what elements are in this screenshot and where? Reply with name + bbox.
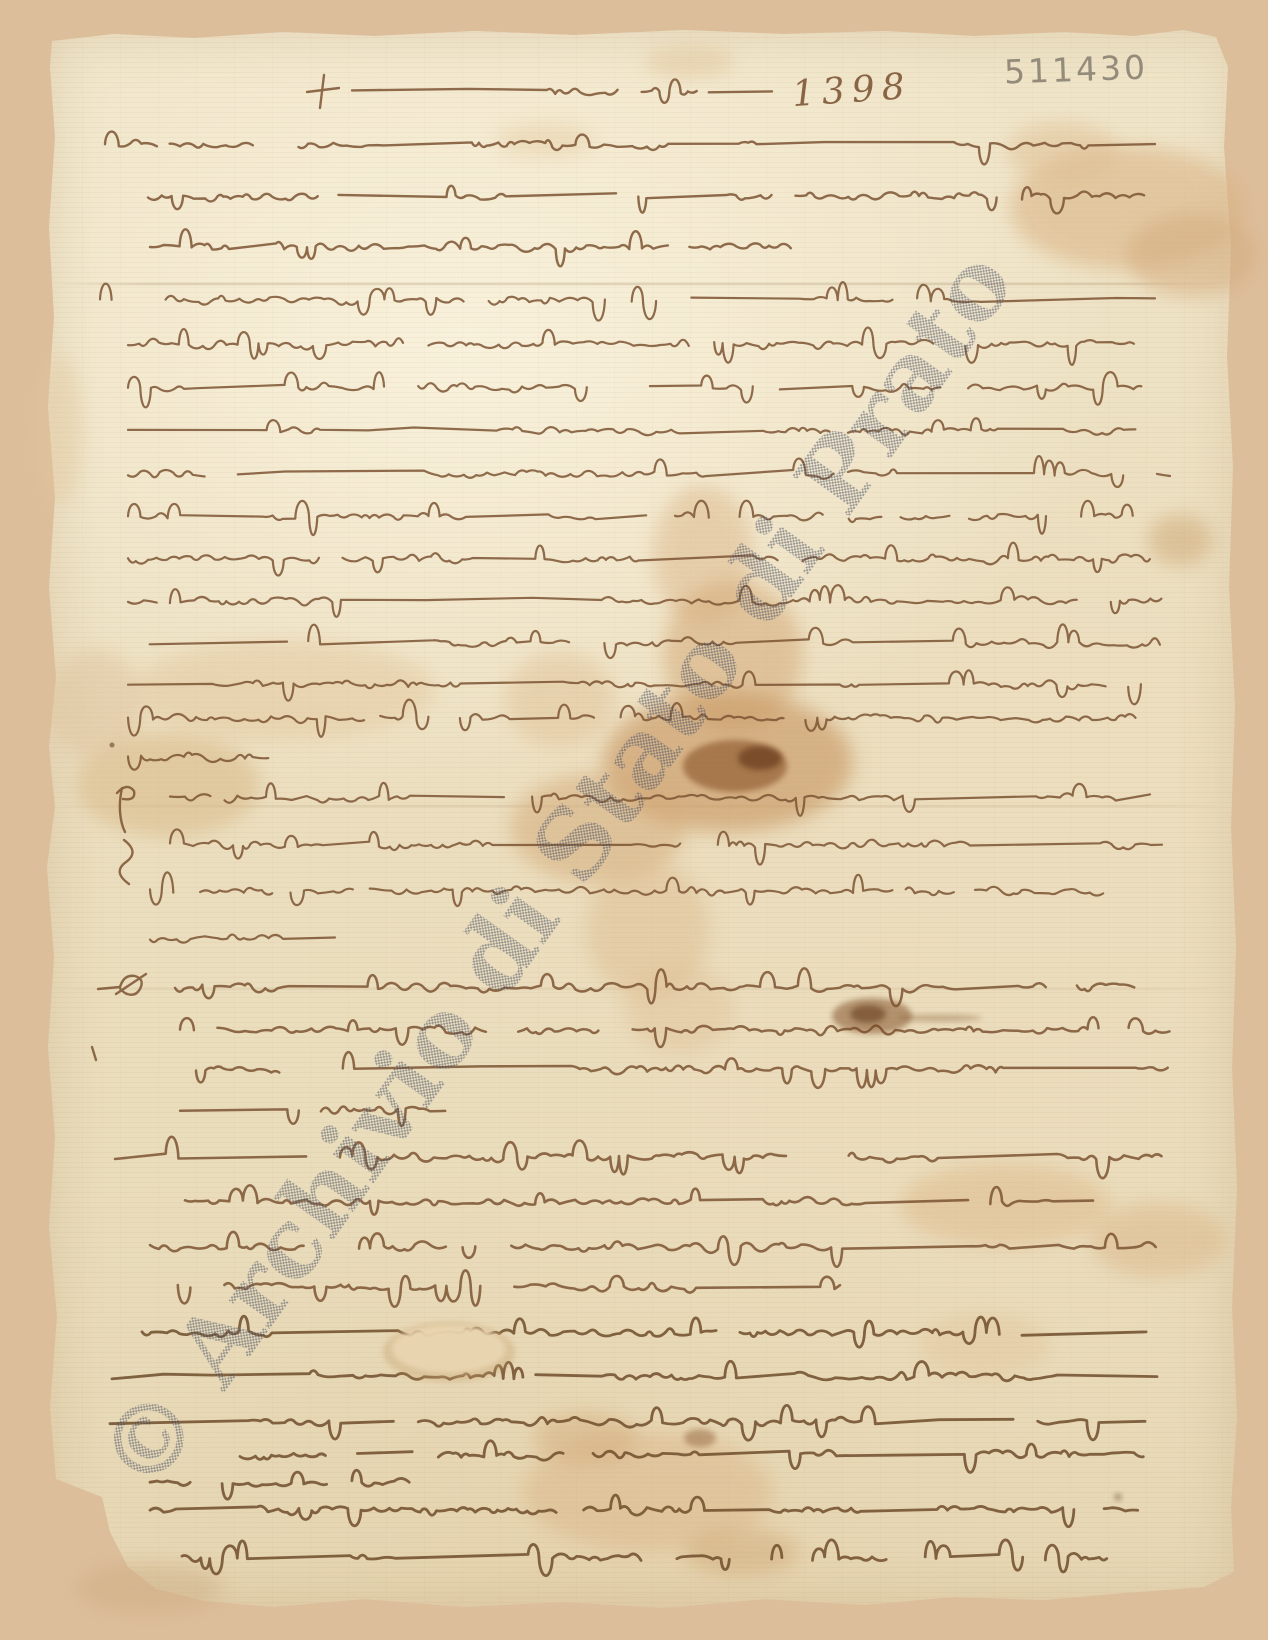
- script-line: [150, 229, 791, 266]
- stain: [38, 355, 82, 505]
- script-line: [128, 418, 1165, 435]
- stain: [1007, 122, 1117, 182]
- script-line: [178, 1270, 840, 1306]
- script-line: [148, 186, 1144, 214]
- script-line: [196, 1052, 1168, 1088]
- script-line: [180, 1107, 445, 1126]
- stain: [738, 746, 782, 770]
- stain: [1127, 213, 1257, 297]
- script-line: [128, 585, 1161, 617]
- script-line: [128, 543, 1150, 576]
- script-line: [100, 282, 1155, 320]
- stain: [135, 640, 435, 740]
- margin-marker-cross: [307, 75, 339, 108]
- stains-under-ink: [38, 46, 1257, 1614]
- manuscript-photo: © Archivio di Stato di Prato 1398 511430: [0, 0, 1268, 1640]
- stain: [392, 1325, 506, 1373]
- script-line: [128, 328, 1134, 365]
- stain: [1148, 514, 1212, 566]
- script-line: [128, 501, 1162, 535]
- archive-number-pencil: 511430: [1003, 47, 1148, 91]
- stain: [1090, 1202, 1226, 1278]
- margin-marker-d: [98, 974, 146, 995]
- stain: [684, 1429, 716, 1447]
- script-line: [105, 132, 1155, 165]
- script-line: [150, 935, 335, 943]
- stain: [75, 1562, 225, 1614]
- stain: [47, 650, 143, 760]
- stain: [645, 46, 735, 78]
- year-1398-handwritten: 1398: [791, 66, 913, 115]
- script-line: [128, 372, 1141, 407]
- margin-marker-s: [120, 840, 133, 884]
- stain: [898, 1015, 982, 1022]
- script-line: [150, 1470, 409, 1499]
- stain: [505, 652, 615, 748]
- ink-and-stain-layer: [0, 0, 1268, 1640]
- margin-marker-dot: [110, 743, 115, 748]
- stain: [850, 1005, 886, 1023]
- stain: [625, 965, 735, 1055]
- stain: [495, 122, 595, 158]
- script-line: [352, 79, 772, 102]
- stain: [1115, 1494, 1121, 1500]
- script-line: [128, 456, 1170, 487]
- margin-marker-tick: [92, 1047, 96, 1060]
